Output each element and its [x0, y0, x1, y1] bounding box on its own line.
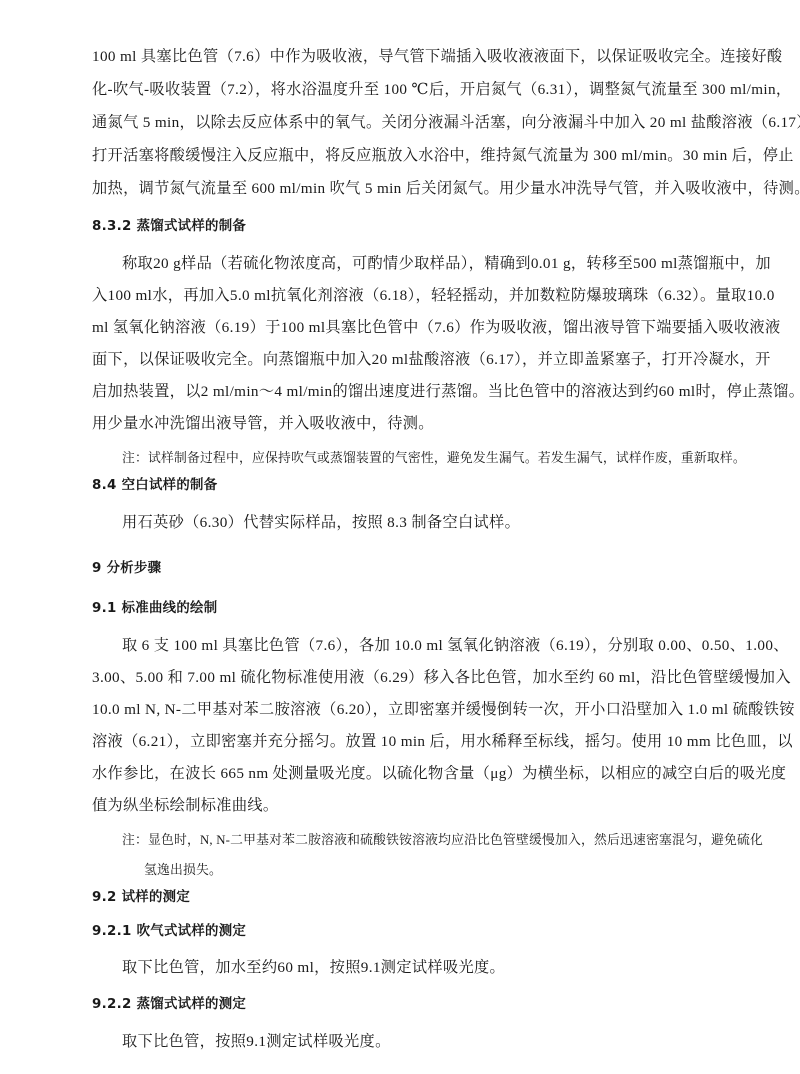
heading-8-4: 8.4 空白试样的制备 [92, 477, 217, 495]
note-line: 注：试样制备过程中，应保持吹气或蒸馏装置的气密性，避免发生漏气。若发生漏气，试样… [122, 448, 746, 468]
heading-9-2-2: 9.2.2 蒸馏式试样的测定 [92, 996, 246, 1014]
text-line: 启加热装置，以2 ml/min～4 ml/min的馏出速度进行蒸馏。当比色管中的… [92, 382, 800, 402]
heading-9-2: 9.2 试样的测定 [92, 889, 190, 907]
text-line: 面下，以保证吸收完全。向蒸馏瓶中加入20 ml盐酸溶液（6.17），并立即盖紧塞… [92, 350, 771, 370]
text-line: 取下比色管，按照9.1测定试样吸光度。 [122, 1032, 391, 1052]
note-line: 氢逸出损失。 [144, 860, 222, 880]
text-line: 值为纵坐标绘制标准曲线。 [92, 796, 278, 816]
text-line: 用少量水冲洗馏出液导管，并入吸收液中，待测。 [92, 414, 434, 434]
text-line: 入100 ml水，再加入5.0 ml抗氧化剂溶液（6.18），轻轻摇动，并加数粒… [92, 286, 775, 306]
heading-9-1: 9.1 标准曲线的绘制 [92, 600, 217, 618]
text-line: 3.00、5.00 和 7.00 ml 硫化物标准使用液（6.29）移入各比色管… [92, 668, 791, 688]
text-line: 打开活塞将酸缓慢注入反应瓶中，将反应瓶放入水浴中，维持氮气流量为 300 ml/… [92, 146, 794, 166]
text-line: 称取20 g样品（若硫化物浓度高，可酌情少取样品），精确到0.01 g，转移至5… [122, 254, 771, 274]
text-line: 100 ml 具塞比色管（7.6）中作为吸收液，导气管下端插入吸收液液面下，以保… [92, 47, 782, 67]
heading-9: 9 分析步骤 [92, 560, 161, 578]
heading-8-3-2: 8.3.2 蒸馏式试样的制备 [92, 218, 246, 236]
text-line: 水作参比，在波长 665 nm 处测量吸光度。以硫化物含量（μg）为横坐标，以相… [92, 764, 786, 784]
text-line: 加热，调节氮气流量至 600 ml/min 吹气 5 min 后关闭氮气。用少量… [92, 179, 800, 199]
note-line: 注：显色时，N, N-二甲基对苯二胺溶液和硫酸铁铵溶液均应沿比色管壁缓慢加入，然… [122, 830, 763, 850]
text-line: 10.0 ml N, N-二甲基对苯二胺溶液（6.20），立即密塞并缓慢倒转一次… [92, 700, 795, 720]
text-line: 通氮气 5 min，以除去反应体系中的氧气。关闭分液漏斗活塞，向分液漏斗中加入 … [92, 113, 800, 133]
text-line: 溶液（6.21），立即密塞并充分摇匀。放置 10 min 后，用水稀释至标线，摇… [92, 732, 793, 752]
heading-9-2-1: 9.2.1 吹气式试样的测定 [92, 923, 246, 941]
text-line: ml 氢氧化钠溶液（6.19）于100 ml具塞比色管中（7.6）作为吸收液，馏… [92, 318, 781, 338]
text-line: 化-吹气-吸收装置（7.2），将水浴温度升至 100 ℃后，开启氮气（6.31）… [92, 80, 791, 100]
text-line: 用石英砂（6.30）代替实际样品，按照 8.3 制备空白试样。 [122, 513, 520, 533]
text-line: 取下比色管，加水至约60 ml，按照9.1测定试样吸光度。 [122, 958, 505, 978]
text-line: 取 6 支 100 ml 具塞比色管（7.6），各加 10.0 ml 氢氧化钠溶… [122, 636, 789, 656]
